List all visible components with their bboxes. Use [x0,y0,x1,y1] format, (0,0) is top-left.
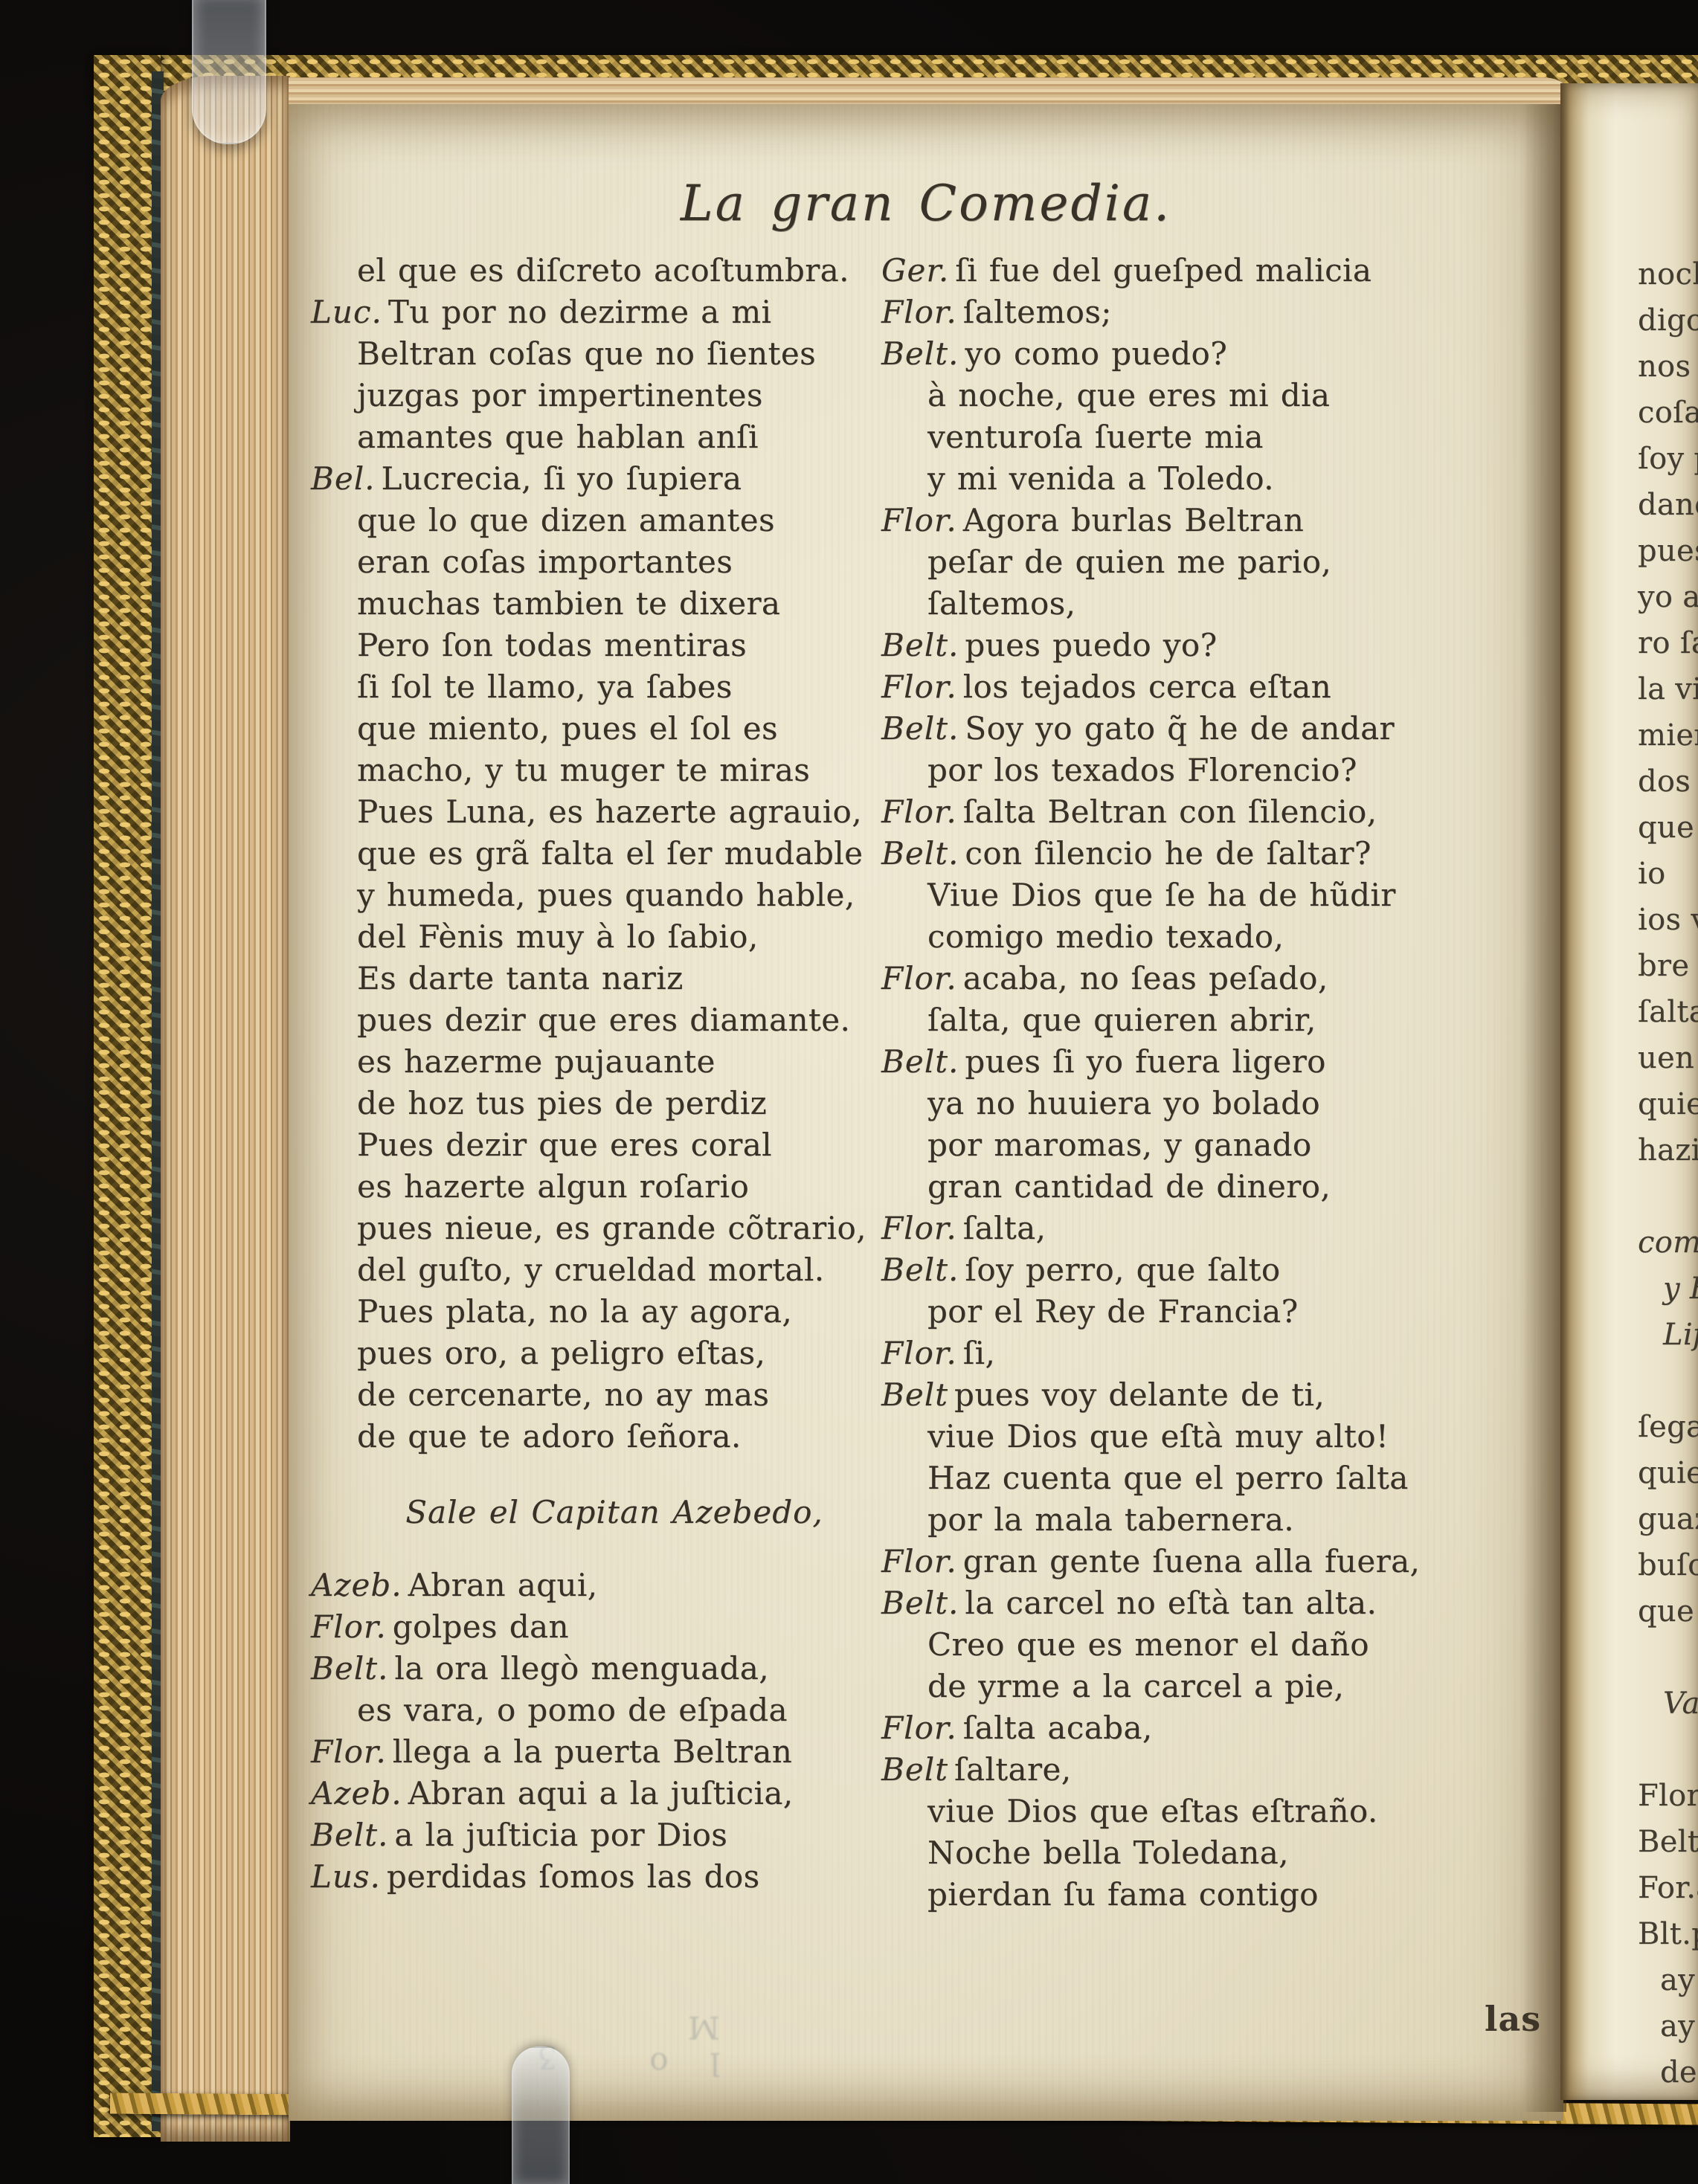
verse-line: Lus.perdidas ſomos las dos [311,1856,836,1898]
fragment-text: quiera vn hõ [1638,1087,1698,1121]
fragment-line: io [1638,851,1698,897]
speaker-label: Flor. [881,502,957,538]
page-gutter-shadow [1522,104,1566,2112]
fragment-line: Blt.pued [1638,1911,1698,1957]
verse-text: ſalta acaba, [963,1710,1153,1746]
fragment-line: mien lo qui [1638,712,1698,758]
speaker-label: Belt. [881,710,959,747]
fragment-line: guaziles ſon [1638,1496,1698,1542]
fragment-line: quien era? [1638,1450,1698,1496]
running-title: La gran Comedia. [289,175,1563,232]
fragment-text: io [1638,857,1665,891]
speaker-label: Ger. [881,252,949,289]
verse-text: es hazerte algun roſario [357,1168,749,1205]
text-column-left: el que es diſcreto acoſtumbra. Luc.Tu po… [311,250,836,1898]
fragment-line: y Beltran , [1638,1266,1698,1312]
verse-text: que lo que dizen amantes [357,502,775,538]
verse-text: del guſto, y crueldad mortal. [357,1252,825,1288]
verse-text: acaba, no ſeas peſado, [963,960,1328,996]
verse-line: Flor.Agora burlas Beltran [881,500,1438,541]
book-page: La gran Comedia. el que es diſcreto acoſ… [289,104,1563,2121]
fragment-text: Flor.Aſte [1638,1779,1698,1813]
verse-line: Flor.ſi, [881,1333,1438,1374]
verse-line: viue Dios que eſtà muy alto! [881,1416,1438,1457]
verse-text: Haz cuenta que el perro ſalta [927,1460,1409,1496]
fragment-text: ay map [1660,1963,1698,1997]
verse-line: Ger.ſi fue del gueſped malicia [881,250,1438,291]
verse-text: Agora burlas Beltran [963,502,1305,538]
fragment-text: ſaltare, [1638,995,1698,1029]
speaker-label: Belt [881,1751,948,1788]
verse-line: Flor.ſalta acaba, [881,1707,1438,1749]
verse-line: Belt.la carcel no eſtà tan alta. [881,1582,1438,1624]
fragment-line: ſegaos que y [1638,1404,1698,1450]
verse-line: ya no huuiera yo bolado [881,1083,1438,1124]
verse-text: pues nieue, es grande cõtrario, [357,1210,866,1246]
verse-text: Lucrecia, ſi yo ſupiera [382,460,742,497]
verse-text: es hazerme pujauante [357,1043,715,1080]
fragment-text: dos la vna? [1638,764,1698,799]
verse-line: por maromas, y ganado [881,1124,1438,1166]
verse-line: Luc.Tu por no dezirme a mi [311,291,836,333]
speaker-label: Belt. [881,627,959,663]
fragment-text: For.a do [1638,1871,1698,1905]
fragment-text: Belt.no te [1638,1825,1698,1859]
verse-text: de que te adoro ſeñora. [357,1418,742,1455]
fragment-line [1638,1634,1698,1681]
fragment-line: que azar, [1638,805,1698,851]
verse-text: Viue Dios que ſe ha de hũdir [927,877,1396,913]
verse-text: por la mala tabernera. [927,1501,1294,1538]
verse-text: ſalta, [963,1210,1046,1246]
fragment-line: ſoy peſado [1638,436,1698,482]
verse-line: Viue Dios que ſe ha de hũdir [881,874,1438,916]
fragment-text: uen gouiern [1638,1041,1698,1075]
verse-line: de que te adoro ſeñora. [311,1416,836,1457]
verse-text: Es darte tanta nariz [357,960,684,996]
verse-line: ſalta, que quieren abrir, [881,999,1438,1041]
page-top-edge-stack [289,77,1565,106]
verse-line: por el Rey de Francia? [881,1291,1438,1333]
verse-text: pues oro, a peligro eſtas, [357,1335,765,1371]
verse-text: pierdan ſu fama contigo [927,1876,1319,1913]
verse-line: del Fènis muy à lo ſabio, [311,916,836,958]
fragment-text: la vida es [1638,672,1698,706]
verse-line: Bel.Lucrecia, ſi yo ſupiera [311,458,836,500]
speaker-label: Azeb. [311,1567,402,1603]
verse-line: Sale el Capitan Azebedo, [311,1492,836,1533]
fragment-line: nos prend [1638,344,1698,390]
verse-line: es hazerte algun roſario [311,1166,836,1208]
fragment-text: digo [1638,303,1698,338]
fragment-text: haziendo [1638,1133,1698,1167]
verse-text: ya no huuiera yo bolado [927,1085,1320,1121]
fragment-text: buſcauan vn [1638,1548,1698,1582]
speaker-label: Belt. [881,1043,959,1080]
verse-line: es vara, o pomo de eſpada [311,1689,836,1731]
verse-line: venturoſa ſuerte mia [881,416,1438,458]
verse-line: Haz cuenta que el perro ſalta [881,1457,1438,1499]
verse-line: pierdan ſu fama contigo [881,1874,1438,1916]
verse-text: viue Dios que eſtas eſtraño. [927,1793,1378,1829]
fragment-line: Flor.Aſte [1638,1773,1698,1819]
next-page-text-fragments: noches atie digo nos prend coſa es llana… [1560,83,1698,2096]
verse-text: muchas tambien te dixera [357,585,780,622]
speaker-label: Flor. [881,960,957,996]
verse-line: Es darte tanta nariz [311,958,836,999]
verse-text: peſar de quien me pario, [927,544,1331,580]
verse-line: Flor.gran gente ſuena alla fuera, [881,1541,1438,1582]
page-fore-edge-stack [161,76,290,2142]
verse-text: Beltran coſas que no ſientes [357,335,816,372]
verse-line: y humeda, pues quando hable, [311,874,836,916]
speaker-label: Belt. [881,1252,959,1288]
fragment-text: noches atie [1638,257,1698,291]
verse-line: pues nieue, es grande cõtrario, [311,1208,836,1249]
verse-text: à noche, que eres mi dia [927,377,1330,413]
verse-line: el que es diſcreto acoſtumbra. [311,250,836,291]
verse-line: Noche bella Toledana, [881,1832,1438,1874]
verse-text: comigo medio texado, [927,918,1284,955]
speaker-label: Lus. [311,1858,381,1895]
fragment-line [1638,1173,1698,1220]
verse-text: macho, y tu muger te miras [357,752,810,788]
verse-line: Flor.golpes dan [311,1606,836,1648]
verse-line: que miento, pues el ſol es [311,708,836,750]
verse-text: Pues dezir que eres coral [357,1127,772,1163]
verse-line: Belt.ſoy perro, que ſalto [881,1249,1438,1291]
next-page-curled-edge: noches atie digo nos prend coſa es llana… [1560,83,1698,2100]
verse-text: por los texados Florencio? [927,752,1357,788]
speaker-label: Flor. [881,294,957,330]
fragment-line: buſcauan vn [1638,1542,1698,1588]
verse-line: à noche, que eres mi dia [881,375,1438,416]
verse-text: llega a la puerta Beltran [393,1733,793,1770]
speaker-label: Flor. [881,1335,957,1371]
fragment-text: ſegaos que y [1638,1410,1698,1444]
verse-text: Pues Luna, es hazerte agrauio, [357,793,862,830]
speaker-label: Flor. [881,1210,957,1246]
speaker-label: Flor. [881,669,957,705]
verse-line: Flor.los tejados cerca eſtan [881,666,1438,708]
verse-line: y mi venida a Toledo. [881,458,1438,500]
verse-text: de cercenarte, no ay mas [357,1376,769,1413]
verse-text: ſi ſol te llamo, ya ſabes [357,669,733,705]
speaker-label: Belt. [311,1650,388,1687]
verse-line: gran cantidad de dinero, [881,1166,1438,1208]
fragment-text: pues yo ya ſ [1638,534,1698,568]
verse-text: del Fènis muy à lo ſabio, [357,918,759,955]
fragment-line: la vida es [1638,666,1698,712]
verse-line: Beltran coſas que no ſientes [311,333,836,375]
verse-line: es hazerme pujauante [311,1041,836,1083]
fragment-line: haziendo [1638,1127,1698,1173]
verse-line: por los texados Florencio? [881,750,1438,791]
speaker-label: Flor. [881,1543,957,1579]
verse-text: de yrme a la carcel a pie, [927,1668,1344,1704]
verse-text: con ſilencio he de ſaltar? [965,835,1371,872]
verse-line: de yrme a la carcel a pie, [881,1666,1438,1707]
verse-line: amantes que hablan anſi [311,416,836,458]
fragment-line: de chim [1638,2049,1698,2096]
verse-line: Belt.Soy yo gato q̃ he de andar [881,708,1438,750]
verse-line: Belt.a la juſticia por Dios [311,1814,836,1856]
verse-line: Flor.llega a la puerta Beltran [311,1731,836,1773]
verse-text: gran gente ſuena alla fuera, [963,1543,1421,1579]
verse-line: de cercenarte, no ay mas [311,1374,836,1416]
verse-text: y mi venida a Toledo. [927,460,1274,497]
verse-line: Beltſaltare, [881,1749,1438,1791]
verse-line: Belt.pues ſi yo fuera ligero [881,1041,1438,1083]
verse-text: Pero ſon todas mentiras [357,627,747,663]
verse-text: que miento, pues el ſol es [357,710,778,747]
fragment-line: quiera vn hõ [1638,1081,1698,1127]
verse-text: Noche bella Toledana, [927,1835,1289,1871]
verse-text: perdidas ſomos las dos [387,1858,760,1895]
verse-line: eran coſas importantes [311,541,836,583]
fragment-text: quien era? [1638,1456,1698,1490]
verse-text: ſaltemos; [963,294,1112,330]
verse-line: ſaltemos, [881,583,1438,625]
speaker-label: Luc. [311,294,382,330]
verse-text: ſaltare, [954,1751,1071,1788]
verse-text: por maromas, y ganado [927,1127,1312,1163]
speaker-label: Bel. [311,460,376,497]
verse-text: Abran aqui, [408,1567,598,1603]
verse-text: los tejados cerca eſtan [963,669,1331,705]
page-holder-clip-bottom [512,2046,570,2184]
verse-text: venturoſa ſuerte mia [927,419,1264,455]
fragment-line: pues yo ya ſ [1638,528,1698,574]
fragment-line: ſaltare, [1638,989,1698,1035]
fragment-line: digo [1638,297,1698,344]
fragment-text: como que ſa [1638,1225,1698,1260]
verse-line: Creo que es menor el daño [881,1624,1438,1666]
verse-text: yo como puedo? [965,335,1227,372]
verse-text: Pues plata, no la ay agora, [357,1293,792,1330]
verse-text: la carcel no eſtà tan alta. [965,1585,1377,1621]
verse-line: Pues dezir que eres coral [311,1124,836,1166]
verse-line: pues oro, a peligro eſtas, [311,1333,836,1374]
fragment-text: Liſen. [1663,1318,1698,1352]
verse-line: Pero ſon todas mentiras [311,625,836,666]
verse-text: Soy yo gato q̃ he de andar [965,710,1395,747]
speaker-label: Flor. [311,1733,387,1770]
fragment-text: bre y hallara [1638,949,1698,983]
fragment-text: guaziles ſon [1638,1502,1698,1536]
verse-line: Flor.acaba, no ſeas peſado, [881,958,1438,999]
fragment-line: que peſadumb [1638,1588,1698,1634]
fragment-line: Liſen. [1638,1312,1698,1358]
speaker-label: Flor. [881,1710,957,1746]
verse-line: viue Dios que eſtas eſtraño. [881,1791,1438,1832]
verse-text: la ora llegò menguada, [394,1650,769,1687]
verse-line: Belt.la ora llegò menguada, [311,1648,836,1689]
verse-text: y humeda, pues quando hable, [357,877,855,913]
verse-text: pues dezir que eres diamante. [357,1002,850,1038]
verse-text: viue Dios que eſtà muy alto! [927,1418,1389,1455]
verse-text: pues puedo yo? [965,627,1217,663]
fragment-line: uen gouiern [1638,1035,1698,1081]
verse-text: a la juſticia por Dios [394,1817,727,1853]
speaker-label: Belt [881,1376,948,1413]
fragment-line: ios vaya co [1638,897,1698,943]
speaker-label: Flor. [311,1608,387,1645]
fragment-line: dos la vna? [1638,758,1698,805]
fragment-line: como que ſa [1638,1220,1698,1266]
speaker-label: Belt. [881,1585,959,1621]
fragment-text: Blt.pued [1638,1917,1698,1951]
fragment-text: coſa es llana [1638,396,1698,430]
fragment-line: noches atie [1638,251,1698,297]
fragment-text: que azar, [1638,811,1698,845]
verse-line: ſi ſol te llamo, ya ſabes [311,666,836,708]
verse-line: Pues Luna, es hazerte agrauio, [311,791,836,833]
fragment-line [1638,1727,1698,1773]
gilt-border-left [94,55,161,2137]
page-holder-clip-top [192,0,266,144]
verse-line: Beltpues voy delante de ti, [881,1374,1438,1416]
verse-text: de hoz tus pies de perdiz [357,1085,767,1121]
verse-text: juzgas por impertinentes [357,377,763,413]
fragment-text: ro ſaltemos [1638,626,1698,660]
fragment-text: nos prend [1638,349,1698,384]
verse-text: ſalta, que quieren abrir, [927,1002,1316,1038]
verse-text: el que es diſcreto acoſtumbra. [357,252,849,289]
verse-line: Azeb.Abran aqui a la juſticia, [311,1773,836,1814]
fragment-line: Vanſ [1638,1681,1698,1727]
fragment-line: ay map [1638,1957,1698,2003]
verse-line: comigo medio texado, [881,916,1438,958]
verse-line: Flor.ſalta, [881,1208,1438,1249]
verse-text: ſoy perro, que ſalto [965,1252,1280,1288]
fragment-text: Vanſ [1663,1687,1698,1721]
verse-line: del guſto, y crueldad mortal. [311,1249,836,1291]
fragment-line: bre y hallara [1638,943,1698,989]
speaker-label: Belt. [311,1817,388,1853]
verse-text: ſalta Beltran con ſilencio, [963,793,1377,830]
fragment-line: For.a do [1638,1865,1698,1911]
verse-line: juzgas por impertinentes [311,375,836,416]
fragment-text: ios vaya co [1638,903,1698,937]
verse-line: macho, y tu muger te miras [311,750,836,791]
verse-text: que es grã falta el ſer mudable [357,835,863,872]
fragment-text: ſoy peſado [1638,442,1698,476]
fragment-line: coſa es llana [1638,390,1698,436]
verse-text: es vara, o pomo de eſpada [357,1692,788,1728]
speaker-label: Flor. [881,793,957,830]
verse-line: por la mala tabernera. [881,1499,1438,1541]
fragment-text: y Beltran , [1663,1272,1698,1306]
verse-text: Sale el Capitan Azebedo, [405,1494,823,1530]
verse-text: Tu por no dezirme a mi [388,294,772,330]
verse-line: muchas tambien te dixera [311,583,836,625]
fragment-line: Belt.no te [1638,1819,1698,1865]
fragment-text: que peſadumb [1638,1594,1698,1629]
verse-text: eran coſas importantes [357,544,733,580]
verse-line: de hoz tus pies de perdiz [311,1083,836,1124]
verse-text: por el Rey de Francia? [927,1293,1299,1330]
speaker-label: Azeb. [311,1775,402,1811]
speaker-label: Belt. [881,335,959,372]
fragment-text: yo apelo [1638,580,1698,614]
fragment-text: mien lo qui [1638,718,1698,753]
verse-text: ſaltemos, [927,585,1075,622]
verse-text: Creo que es menor el daño [927,1626,1369,1663]
fragment-line: ay Care [1638,2003,1698,2049]
fragment-line [1638,1358,1698,1404]
verse-line: Pues plata, no la ay agora, [311,1291,836,1333]
text-column-right: Ger.ſi fue del gueſped malicia Flor.ſalt… [881,250,1438,1916]
verse-text: amantes que hablan anſi [357,419,759,455]
verse-text: Abran aqui a la juſticia, [408,1775,794,1811]
verse-line: que lo que dizen amantes [311,500,836,541]
verse-text: pues voy delante de ti, [954,1376,1325,1413]
verse-text: gran cantidad de dinero, [927,1168,1331,1205]
fragment-text: ay Care [1660,2009,1698,2043]
verse-line: Belt.yo como puedo? [881,333,1438,375]
verse-line: peſar de quien me pario, [881,541,1438,583]
fragment-text: dançar, ſa [1638,488,1698,522]
fragment-line: yo apelo [1638,574,1698,620]
verse-line: Flor.ſaltemos; [881,291,1438,333]
fragment-line: dançar, ſa [1638,482,1698,528]
verse-line: que es grã falta el ſer mudable [311,833,836,874]
verse-line: Azeb.Abran aqui, [311,1565,836,1606]
verse-text: ſi, [963,1335,996,1371]
verse-line: Flor.ſalta Beltran con ſilencio, [881,791,1438,833]
verse-text: golpes dan [393,1608,569,1645]
verse-text: ſi fue del gueſped malicia [955,252,1371,289]
speaker-label: Belt. [881,835,959,872]
fragment-text: de chim [1660,2055,1698,2090]
verse-line: Belt.pues puedo yo? [881,625,1438,666]
verse-text: pues ſi yo fuera ligero [965,1043,1325,1080]
verse-line: Belt.con ſilencio he de ſaltar? [881,833,1438,874]
verse-line: pues dezir que eres diamante. [311,999,836,1041]
fragment-line: ro ſaltemos [1638,620,1698,666]
